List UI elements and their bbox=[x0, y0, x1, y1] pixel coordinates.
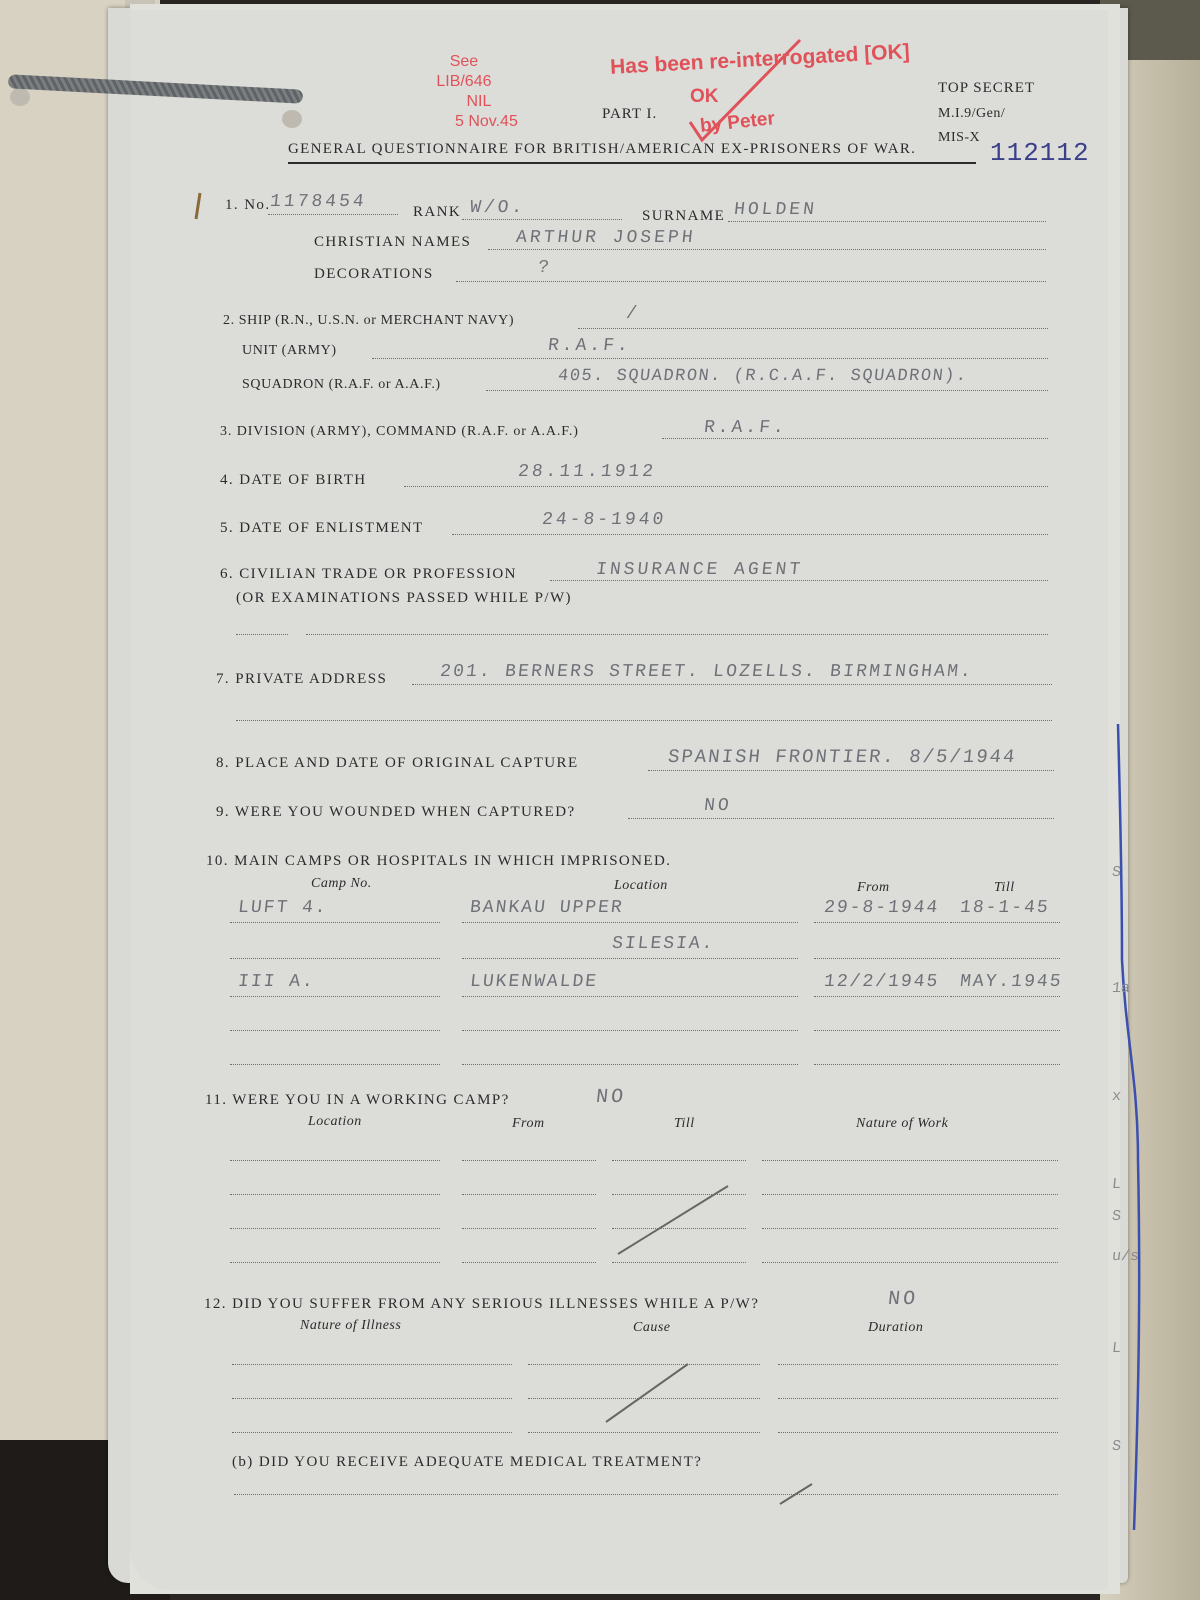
field-line bbox=[462, 1030, 798, 1031]
field-line bbox=[230, 1262, 440, 1263]
field-line bbox=[230, 1064, 440, 1065]
q10-cell-camp: LUFT 4. bbox=[237, 898, 329, 918]
field-line bbox=[814, 958, 948, 959]
field-line bbox=[462, 958, 798, 959]
field-line bbox=[612, 1228, 746, 1229]
field-line bbox=[230, 922, 440, 923]
field-line bbox=[230, 1228, 440, 1229]
field-line bbox=[778, 1364, 1058, 1365]
field-line bbox=[230, 1160, 440, 1161]
margin-mark: S bbox=[1111, 864, 1122, 881]
margin-mark: u/s bbox=[1111, 1248, 1140, 1265]
field-line bbox=[462, 1228, 596, 1229]
margin-mark: L bbox=[1111, 1176, 1122, 1193]
margin-mark: L bbox=[1111, 1340, 1122, 1357]
margin-mark: S bbox=[1111, 1438, 1122, 1455]
q10-cell-till: 18-1-45 bbox=[959, 898, 1051, 918]
margin-mark: x bbox=[1111, 1088, 1122, 1105]
field-line bbox=[230, 1194, 440, 1195]
field-line bbox=[762, 1262, 1058, 1263]
field-line bbox=[462, 996, 798, 997]
q10-cell-camp: III A. bbox=[237, 972, 316, 992]
blue-margin-line bbox=[1118, 724, 1139, 1530]
field-line bbox=[462, 1262, 596, 1263]
field-line bbox=[612, 1194, 746, 1195]
field-line bbox=[528, 1432, 760, 1433]
field-line bbox=[950, 996, 1060, 997]
field-line bbox=[612, 1160, 746, 1161]
field-line bbox=[778, 1432, 1058, 1433]
red-check-icon bbox=[690, 40, 800, 140]
field-line bbox=[814, 1064, 948, 1065]
field-line bbox=[950, 1030, 1060, 1031]
q10-cell-location: BANKAU UPPER bbox=[469, 898, 625, 918]
field-line bbox=[230, 1030, 440, 1031]
pencil-strike bbox=[780, 1484, 812, 1504]
q10-cell-location: SILESIA. bbox=[611, 934, 716, 954]
pen-strokes bbox=[0, 0, 1200, 1600]
pencil-strike bbox=[606, 1364, 688, 1422]
field-line bbox=[230, 958, 440, 959]
field-line bbox=[814, 1030, 948, 1031]
field-line bbox=[950, 922, 1060, 923]
pencil-strike bbox=[618, 1186, 728, 1254]
field-line bbox=[230, 996, 440, 997]
field-line bbox=[814, 922, 948, 923]
field-line bbox=[762, 1160, 1058, 1161]
field-line bbox=[232, 1398, 512, 1399]
field-line bbox=[232, 1364, 512, 1365]
field-line bbox=[762, 1194, 1058, 1195]
field-line bbox=[232, 1432, 512, 1433]
field-line bbox=[462, 1160, 596, 1161]
field-line bbox=[612, 1262, 746, 1263]
field-line bbox=[950, 1064, 1060, 1065]
field-line bbox=[950, 958, 1060, 959]
field-line bbox=[462, 1064, 798, 1065]
field-line bbox=[462, 1194, 596, 1195]
field-line bbox=[528, 1364, 760, 1365]
field-line bbox=[462, 922, 798, 923]
field-line bbox=[778, 1398, 1058, 1399]
field-line bbox=[814, 996, 948, 997]
field-line bbox=[528, 1398, 760, 1399]
margin-mark: 1a bbox=[1111, 980, 1131, 997]
q10-cell-location: LUKENWALDE bbox=[469, 972, 599, 992]
field-line bbox=[762, 1228, 1058, 1229]
q10-cell-till: MAY.1945 bbox=[959, 972, 1064, 992]
margin-mark: S bbox=[1111, 1208, 1122, 1225]
tick-mark bbox=[196, 193, 200, 219]
q10-cell-from: 12/2/1945 bbox=[823, 972, 940, 992]
q10-cell-from: 29-8-1944 bbox=[823, 898, 940, 918]
